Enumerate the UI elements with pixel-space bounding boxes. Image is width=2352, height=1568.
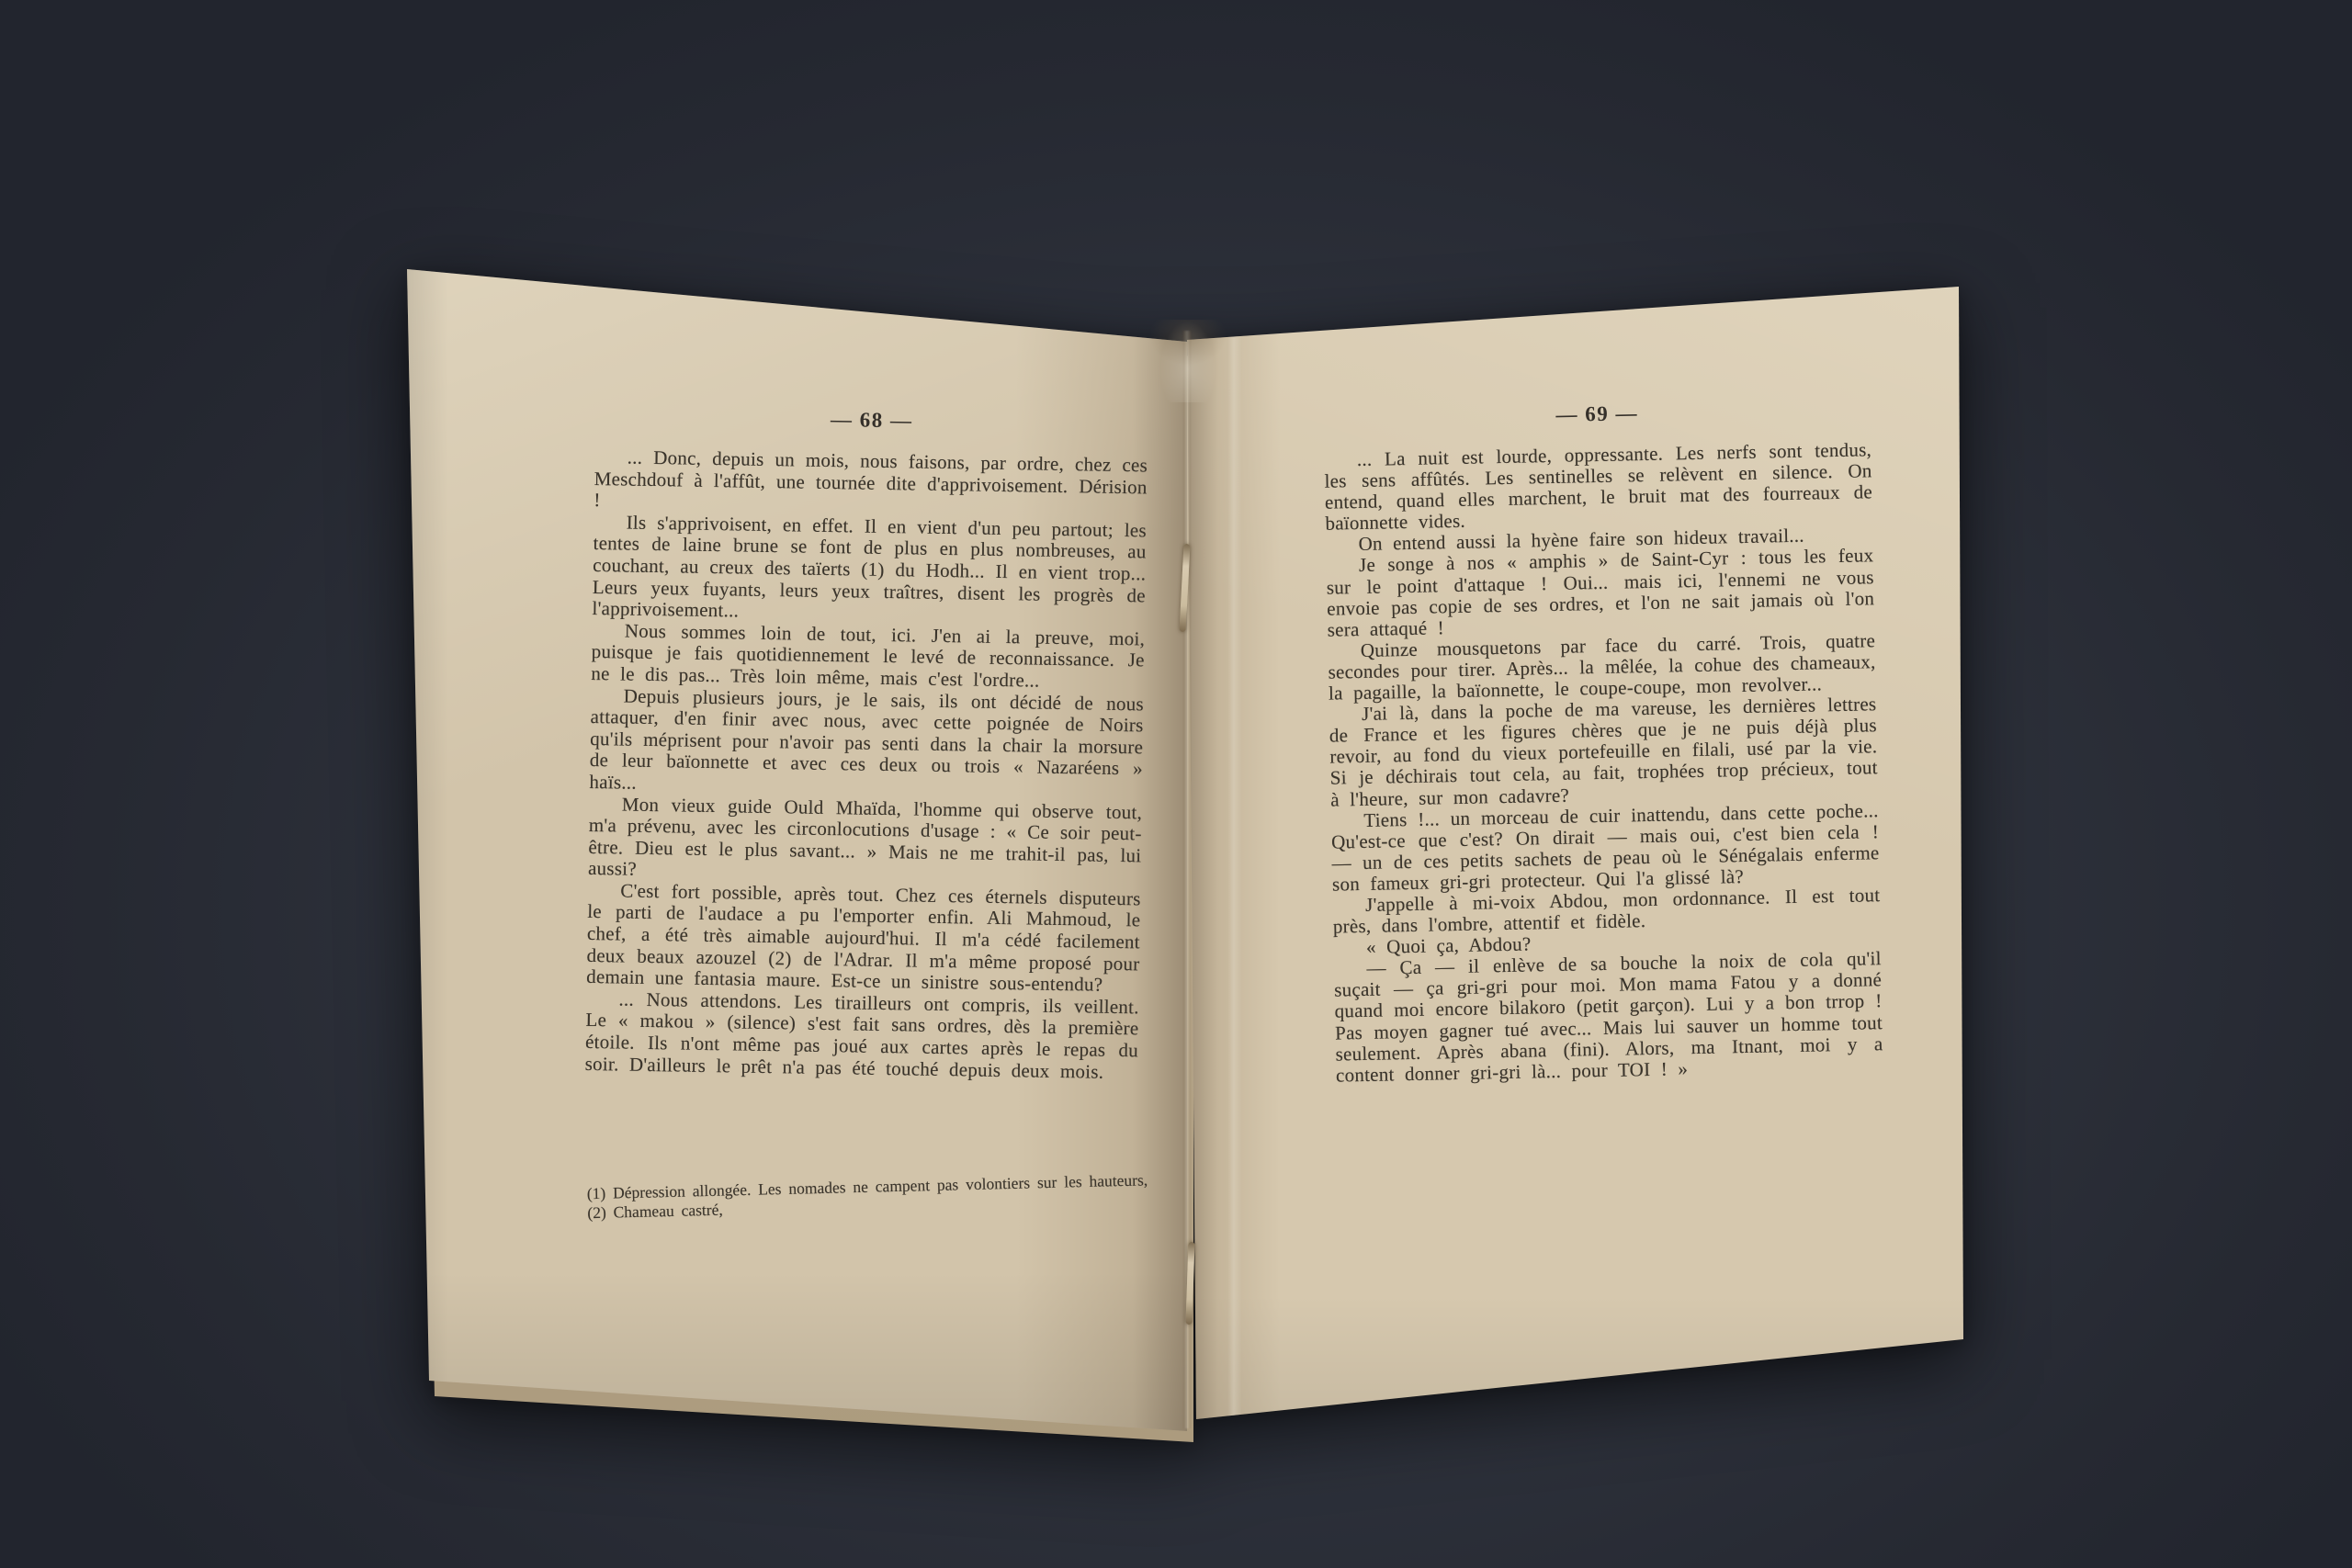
spine-top-crease: [1133, 320, 1243, 402]
page-68-footnotes: (1) Dépression allongée. Les nomades ne …: [561, 1170, 1158, 1223]
page-69: — 69 — ... La nuit est lourde, oppressan…: [1187, 266, 1966, 1435]
page-68-text-block: — 68 — ... Donc, depuis un mois, nous fa…: [585, 404, 1148, 1084]
paragraph: ... La nuit est lourde, oppressante. Les…: [1324, 439, 1873, 535]
page-68: — 68 — ... Donc, depuis un mois, nous fa…: [407, 266, 1187, 1435]
paragraph: Depuis plusieurs jours, je le sais, ils …: [589, 684, 1144, 801]
paragraph: ... Nous attendons. Les tirailleurs ont …: [585, 988, 1139, 1084]
paragraph: C'est fort possible, après tout. Chez ce…: [586, 880, 1141, 997]
page-number-header-left: — 68 —: [595, 404, 1148, 436]
paragraph: Nous sommes loin de tout, ici. J'en ai l…: [591, 620, 1145, 694]
page-69-text-block: — 69 — ... La nuit est lourde, oppressan…: [1323, 397, 1883, 1086]
paragraph: Ils s'apprivoisent, en effet. Il en vien…: [592, 512, 1147, 628]
paragraph: J'ai là, dans la poche de ma vareuse, le…: [1329, 694, 1878, 810]
paragraph: Tiens !... un morceau de cuir inattendu,…: [1330, 800, 1880, 896]
page-number-header-right: — 69 —: [1323, 397, 1871, 431]
page-69-body: ... La nuit est lourde, oppressante. Les…: [1324, 439, 1883, 1086]
paragraph: ... Donc, depuis un mois, nous faisons, …: [594, 446, 1148, 520]
paragraph: — Ça — il enlève de sa bouche la noix de…: [1334, 948, 1884, 1086]
open-booklet: — 68 — ... Donc, depuis un mois, nous fa…: [407, 266, 1966, 1447]
paragraph: Mon vieux guide Ould Mhaïda, l'homme qui…: [588, 793, 1142, 888]
page-68-body: ... Donc, depuis un mois, nous faisons, …: [585, 446, 1148, 1084]
paragraph: Quinze mousquetons par face du carré. Tr…: [1328, 630, 1876, 705]
photo-backdrop: — 68 — ... Donc, depuis un mois, nous fa…: [0, 0, 2352, 1568]
paragraph: Je songe à nos « amphis » de Saint-Cyr :…: [1326, 546, 1875, 641]
